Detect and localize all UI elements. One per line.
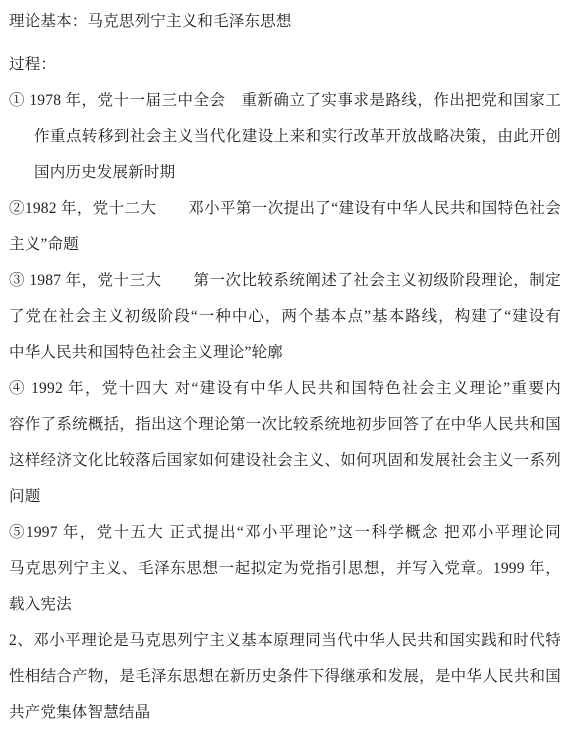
text-line: ②1982 年，党十二大 邓小平第一次提出了“建设有中华人民共和国特色社会 [9, 191, 561, 227]
text-line: 了党在社会主义初级阶段“一种中心，两个基本点”基本路线，构建了“建设有 [9, 299, 561, 335]
document-title: 理论基本：马克思列宁主义和毛泽东思想 [9, 4, 561, 40]
document-page: 理论基本：马克思列宁主义和毛泽东思想 过程： ① 1978 年，党十一届三中全会… [0, 0, 571, 732]
text-line: 共产党集体智慧结晶 [9, 695, 561, 731]
text-line: 问题 [9, 479, 561, 515]
text-line: ③ 1987 年，党十三大 第一次比较系统阐述了社会主义初级阶段理论，制定 [9, 263, 561, 299]
text-line: ④ 1992 年，党十四大 对“建设有中华人民共和国特色社会主义理论”重要内 [9, 371, 561, 407]
text-line: 性相结合产物，是毛泽东思想在新历史条件下得继承和发展，是中华人民共和国 [9, 659, 561, 695]
text-line: 载入宪法 [9, 587, 561, 623]
text-line: 作重点转移到社会主义当代化建设上来和实行改革开放战略决策，由此开创 [9, 119, 561, 155]
text-line: 国内历史发展新时期 [9, 155, 561, 191]
text-line: 马克思列宁主义、毛泽东思想一起拟定为党指引思想，并写入党章。1999 年， [9, 551, 561, 587]
text-line: 主义”命题 [9, 227, 561, 263]
text-line: 容作了系统概括，指出这个理论第一次比较系统地初步回答了在中华人民共和国 [9, 407, 561, 443]
section-label-process: 过程： [9, 47, 561, 83]
text-line: 这样经济文化比较落后国家如何建设社会主义、如何巩固和发展社会主义一系列 [9, 443, 561, 479]
text-line: 2、邓小平理论是马克思列宁主义基本原理同当代中华人民共和国实践和时代特 [9, 623, 561, 659]
text-line: ① 1978 年，党十一届三中全会 重新确立了实事求是路线，作出把党和国家工 [9, 83, 561, 119]
text-line: 中华人民共和国特色社会主义理论”轮廓 [9, 335, 561, 371]
document-body: ① 1978 年，党十一届三中全会 重新确立了实事求是路线，作出把党和国家工作重… [9, 83, 561, 731]
text-line: ⑤1997 年，党十五大 正式提出“邓小平理论”这一科学概念 把邓小平理论同 [9, 515, 561, 551]
